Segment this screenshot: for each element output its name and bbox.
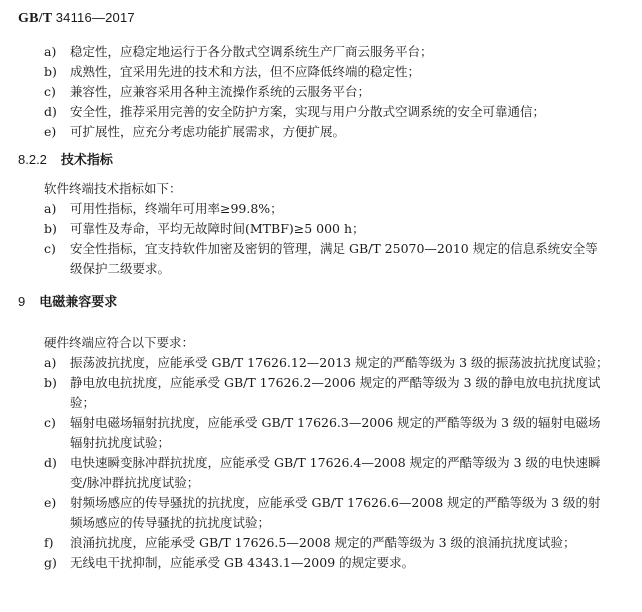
section-title: 技术指标 bbox=[61, 153, 113, 168]
section-heading: 9电磁兼容要求 bbox=[18, 292, 642, 313]
list-item: c)辐射电磁场辐射抗扰度，应能承受 GB/T 17626.3—2006 规定的严… bbox=[0, 413, 642, 453]
item-text: 稳定性，应稳定地运行于各分散式空调系统生产厂商云服务平台； bbox=[70, 42, 610, 62]
item-label: b) bbox=[44, 62, 68, 82]
section-intro: 软件终端技术指标如下： bbox=[44, 179, 642, 199]
item-text: 可扩展性，应充分考虑功能扩展需求，方便扩展。 bbox=[70, 122, 610, 142]
list-item: b)可靠性及寿命，平均无故障时间(MTBF)≥5 000 h； bbox=[0, 219, 642, 239]
item-text: 浪涌抗扰度，应能承受 GB/T 17626.5—2008 规定的严酷等级为 3 … bbox=[70, 533, 610, 553]
list-item: c)安全性指标，宜支持软件加密及密钥的管理，满足 GB/T 25070—2010… bbox=[0, 239, 642, 279]
item-label: f) bbox=[44, 533, 68, 553]
item-label: c) bbox=[44, 413, 68, 433]
item-text: 电快速瞬变脉冲群抗扰度，应能承受 GB/T 17626.4—2008 规定的严酷… bbox=[70, 453, 610, 493]
list-item: a)稳定性，应稳定地运行于各分散式空调系统生产厂商云服务平台； bbox=[0, 42, 642, 62]
item-text: 安全性，推荐采用完善的安全防护方案，实现与用户分散式空调系统的安全可靠通信； bbox=[70, 102, 610, 122]
section-intro: 硬件终端应符合以下要求： bbox=[44, 333, 642, 353]
item-label: b) bbox=[44, 219, 68, 239]
standard-header: GB/T 34116—2017 bbox=[18, 10, 135, 27]
list-item: f)浪涌抗扰度，应能承受 GB/T 17626.5—2008 规定的严酷等级为 … bbox=[0, 533, 642, 553]
item-label: b) bbox=[44, 373, 68, 393]
standard-number: 34116—2017 bbox=[56, 10, 135, 25]
item-label: g) bbox=[44, 553, 68, 573]
item-text: 无线电干扰抑制，应能承受 GB 4343.1—2009 的规定要求。 bbox=[70, 553, 610, 573]
item-label: d) bbox=[44, 102, 68, 122]
item-label: a) bbox=[44, 199, 68, 219]
standard-prefix: GB/T bbox=[18, 11, 52, 26]
list-item: a)可用性指标，终端年可用率≥99.8%； bbox=[0, 199, 642, 219]
section-number: 8.2.2 bbox=[18, 152, 47, 167]
list-item: g)无线电干扰抑制，应能承受 GB 4343.1—2009 的规定要求。 bbox=[0, 553, 642, 573]
list-item: b)静电放电抗扰度，应能承受 GB/T 17626.2—2006 规定的严酷等级… bbox=[0, 373, 642, 413]
list-item: b)成熟性，宜采用先进的技术和方法，但不应降低终端的稳定性； bbox=[0, 62, 642, 82]
list-item: e)射频场感应的传导骚扰的抗扰度，应能承受 GB/T 17626.6—2008 … bbox=[0, 493, 642, 533]
item-text: 兼容性，应兼容采用各种主流操作系统的云服务平台； bbox=[70, 82, 610, 102]
item-text: 振荡波抗扰度，应能承受 GB/T 17626.12—2013 规定的严酷等级为 … bbox=[70, 353, 610, 373]
item-text: 可靠性及寿命，平均无故障时间(MTBF)≥5 000 h； bbox=[70, 219, 610, 239]
list-item: a)振荡波抗扰度，应能承受 GB/T 17626.12—2013 规定的严酷等级… bbox=[0, 353, 642, 373]
section-8-2-2: 8.2.2技术指标 软件终端技术指标如下： a)可用性指标，终端年可用率≥99.… bbox=[0, 150, 642, 279]
requirements-list: a)稳定性，应稳定地运行于各分散式空调系统生产厂商云服务平台； b)成熟性，宜采… bbox=[0, 42, 642, 142]
section-title: 电磁兼容要求 bbox=[39, 295, 117, 310]
item-label: a) bbox=[44, 42, 68, 62]
item-label: c) bbox=[44, 82, 68, 102]
list-item: c)兼容性，应兼容采用各种主流操作系统的云服务平台； bbox=[0, 82, 642, 102]
item-label: e) bbox=[44, 493, 68, 513]
item-text: 射频场感应的传导骚扰的抗扰度，应能承受 GB/T 17626.6—2008 规定… bbox=[70, 493, 610, 533]
item-label: a) bbox=[44, 353, 68, 373]
item-text: 静电放电抗扰度，应能承受 GB/T 17626.2—2006 规定的严酷等级为 … bbox=[70, 373, 610, 413]
item-label: c) bbox=[44, 239, 68, 259]
section-number: 9 bbox=[18, 294, 25, 309]
list-item: e)可扩展性，应充分考虑功能扩展需求，方便扩展。 bbox=[0, 122, 642, 142]
section-heading: 8.2.2技术指标 bbox=[18, 150, 642, 171]
section-9: 9电磁兼容要求 硬件终端应符合以下要求： a)振荡波抗扰度，应能承受 GB/T … bbox=[0, 292, 642, 573]
item-text: 可用性指标，终端年可用率≥99.8%； bbox=[70, 199, 610, 219]
item-text: 安全性指标，宜支持软件加密及密钥的管理，满足 GB/T 25070—2010 规… bbox=[70, 239, 610, 279]
item-label: e) bbox=[44, 122, 68, 142]
item-text: 成熟性，宜采用先进的技术和方法，但不应降低终端的稳定性； bbox=[70, 62, 610, 82]
list-item: d)电快速瞬变脉冲群抗扰度，应能承受 GB/T 17626.4—2008 规定的… bbox=[0, 453, 642, 493]
item-label: d) bbox=[44, 453, 68, 473]
list-item: d)安全性，推荐采用完善的安全防护方案，实现与用户分散式空调系统的安全可靠通信； bbox=[0, 102, 642, 122]
item-text: 辐射电磁场辐射抗扰度，应能承受 GB/T 17626.3—2006 规定的严酷等… bbox=[70, 413, 610, 453]
